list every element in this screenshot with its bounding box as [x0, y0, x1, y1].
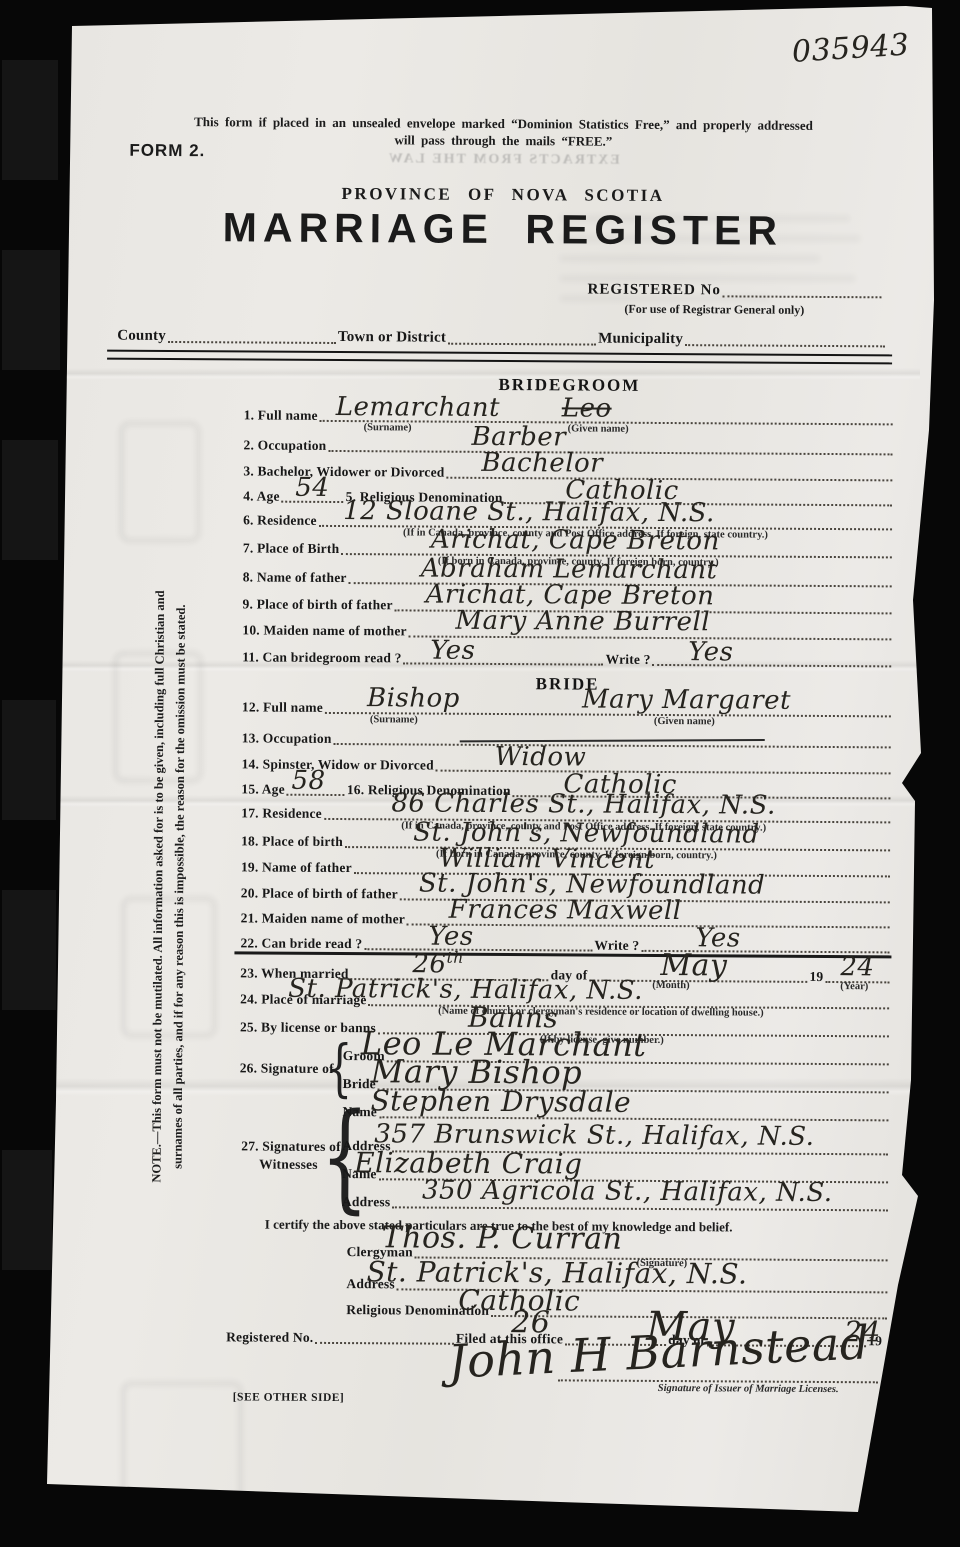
- municipality-label: Municipality: [598, 331, 683, 349]
- issuer-caption: Signature of Issuer of Marriage Licenses…: [658, 1383, 839, 1395]
- field-label: 1. Full name: [244, 407, 318, 423]
- field-bride-mother: 21. Maiden name of mother Frances Maxwel…: [241, 909, 892, 930]
- handwritten-given-name: Mary Margaret: [582, 687, 791, 714]
- municipality-blank: [685, 343, 885, 347]
- see-other-side: [SEE OTHER SIDE]: [233, 1391, 345, 1404]
- clergyman-signature: Thos. P. Curran: [382, 1223, 623, 1254]
- county-blank: [168, 340, 336, 344]
- year-caption: (Year): [840, 981, 868, 992]
- form-number: FORM 2.: [129, 141, 205, 161]
- page-title: MARRIAGE REGISTER: [113, 204, 893, 256]
- handwritten-value: Arichat, Cape Breton: [431, 527, 720, 555]
- witness2-address: 350 Agricola St., Halifax, N.S.: [422, 1178, 833, 1207]
- field-witness2-address: Address 350 Agricola St., Halifax, N.S.: [342, 1193, 890, 1213]
- field-label: 6. Residence: [243, 512, 317, 528]
- double-rule: [107, 350, 892, 365]
- field-blank: [364, 947, 592, 951]
- printed-form: 035943 This form if placed in an unseale…: [0, 0, 960, 1547]
- signature-of-label: 26. Signature of: [240, 1060, 334, 1077]
- month-caption: (Month): [652, 980, 689, 991]
- handwritten-age: 58: [291, 768, 325, 794]
- field-label: 8. Name of father: [243, 569, 347, 586]
- write-label: Write ?: [606, 652, 651, 668]
- field-label: 2. Occupation: [244, 437, 327, 454]
- handwritten-write: Yes: [688, 639, 733, 665]
- field-label: 20. Place of birth of father: [241, 885, 398, 902]
- handwritten-year: 24: [840, 954, 874, 980]
- field-place-of-marriage: 24. Place of marriage St. Patrick's, Hal…: [240, 990, 891, 1011]
- field-label: 7. Place of Birth: [243, 540, 339, 557]
- field-label: 12. Full name: [242, 699, 323, 715]
- handwritten-value: Mary Anne Burrell: [455, 608, 710, 636]
- field-blank: [334, 742, 891, 748]
- registered-no-label: REGISTERED No: [587, 282, 721, 300]
- bleed-through-heading: EXTRACTS FROM THE LAW: [353, 151, 653, 169]
- handwritten-read: Yes: [430, 638, 475, 664]
- handwritten-value: Frances Maxwell: [449, 897, 682, 924]
- handwritten-day: 26th: [412, 950, 464, 977]
- handwritten-surname: Lemarchant: [336, 394, 500, 421]
- margin-note: NOTE.—This form must not be mutilated. A…: [146, 531, 192, 1241]
- field-label: 10. Maiden name of mother: [242, 622, 406, 639]
- scanned-marriage-register: 035943 This form if placed in an unseale…: [0, 0, 960, 1547]
- handwritten-given-name: Leo: [562, 395, 612, 421]
- witness2-name: Elizabeth Craig: [354, 1149, 583, 1178]
- surname-caption: (Surname): [370, 714, 418, 725]
- handwritten-value: 12 Sloane St., Halifax, N.S.: [343, 498, 715, 526]
- registered-no-blank: [723, 294, 882, 298]
- witnesses-label-line2: Witnesses: [259, 1157, 318, 1173]
- field-label: 9. Place of birth of father: [243, 596, 393, 613]
- year-prefix: 19: [809, 969, 823, 985]
- field-bridegroom-mother: 10. Maiden name of mother Mary Anne Burr…: [242, 621, 893, 642]
- field-blank: [328, 449, 892, 455]
- surname-caption: (Surname): [364, 422, 412, 433]
- field-label: 13. Occupation: [242, 730, 332, 747]
- field-bride-full-name: 12. Full name Bishop Mary Margaret (Surn…: [242, 698, 893, 719]
- field-label: 18. Place of birth: [241, 833, 343, 850]
- address-label: Address: [342, 1194, 391, 1210]
- town-blank: [448, 342, 596, 346]
- field-bridegroom-full-name: 1. Full name Lemarchant Leo (Surname) (G…: [244, 406, 895, 427]
- field-bridegroom-literacy: 11. Can bridegroom read ? Write ? Yes Ye…: [242, 648, 893, 669]
- bride-section-title: BRIDE: [242, 672, 893, 696]
- field-label: 21. Maiden name of mother: [241, 910, 405, 927]
- handwritten-value: Bachelor: [481, 450, 603, 477]
- registrar-note: (For use of Registrar General only): [624, 302, 804, 318]
- field-label: 11. Can bridegroom read ?: [242, 649, 401, 666]
- field-blank: [315, 1341, 454, 1345]
- field-label: 14. Spinster, Widow or Divorced: [242, 756, 434, 773]
- envelope-note-line2: will pass through the mails “FREE.”: [133, 131, 873, 152]
- registered-no-label: Registered No.: [226, 1329, 313, 1346]
- handwritten-read: Yes: [428, 924, 473, 950]
- field-label: 17. Residence: [241, 805, 322, 821]
- handwritten-value: 86 Charles St., Halifax, N.S.: [391, 790, 776, 818]
- county-label: County: [117, 328, 166, 345]
- handwritten-age: 54: [295, 475, 329, 501]
- witness1-name: Stephen Drysdale: [370, 1087, 631, 1117]
- serial-number-handwritten: 035943: [791, 30, 910, 67]
- given-name-caption: (Given name): [568, 423, 629, 434]
- field-label: 4. Age: [243, 488, 280, 504]
- given-name-caption: (Given name): [654, 716, 715, 727]
- witness1-address: 357 Brunswick St., Halifax, N.S.: [374, 1121, 814, 1150]
- field-label: 3. Bachelor, Widower or Divorced: [243, 463, 444, 480]
- handwritten-surname: Bishop: [367, 685, 460, 712]
- field-label: 19. Name of father: [241, 859, 352, 876]
- write-label: Write ?: [594, 938, 639, 954]
- handwritten-value: Widow: [495, 744, 587, 771]
- field-clergyman-address: Address St. Patrick's, Halifax, N.S.: [346, 1275, 889, 1295]
- field-label: 15. Age: [241, 781, 285, 797]
- field-label: 22. Can bride read ?: [240, 935, 362, 952]
- field-label: 25. By license or banns: [240, 1019, 376, 1036]
- handwritten-value: St. Patrick's, Halifax, N.S.: [288, 976, 643, 1004]
- handwritten-month: May: [660, 951, 727, 981]
- handwritten-value: Barber: [472, 424, 567, 451]
- margin-note-line2: surnames of all parties, and if for any …: [167, 532, 192, 1242]
- town-label: Town or District: [338, 329, 446, 347]
